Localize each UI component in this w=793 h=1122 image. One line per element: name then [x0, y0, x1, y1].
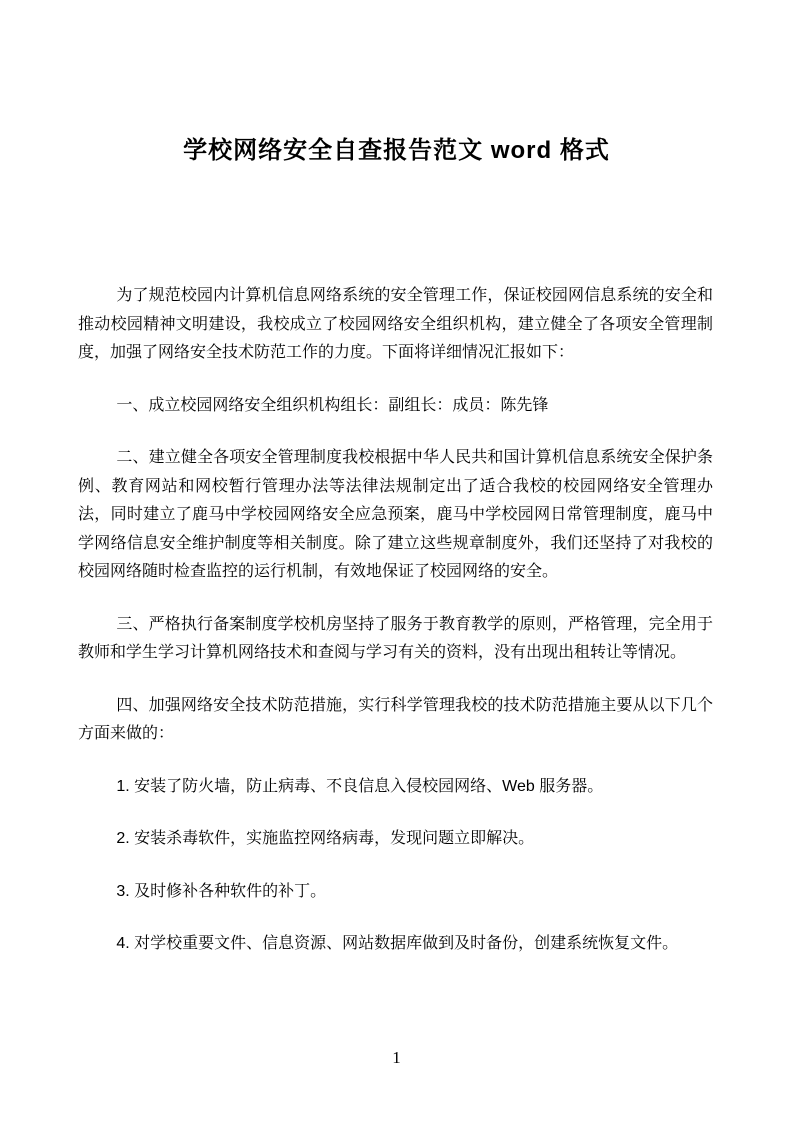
paragraph-section-4: 四、加强网络安全技术防范措施，实行科学管理我校的技术防范措施主要从以下几个方面来…	[78, 692, 713, 749]
paragraph-intro: 为了规范校园内计算机信息网络系统的安全管理工作，保证校园网信息系统的安全和推动校…	[78, 282, 713, 368]
paragraph-section-3: 三、严格执行备案制度学校机房坚持了服务于教育教学的原则，严格管理，完全用于教师和…	[78, 611, 713, 668]
paragraph-measure-1: 1. 安装了防火墙，防止病毒、不良信息入侵校园网络、Web 服务器。	[78, 773, 713, 802]
document-page: 学校网络安全自查报告范文 word 格式 为了规范校园内计算机信息网络系统的安全…	[0, 0, 793, 1122]
document-title: 学校网络安全自查报告范文 word 格式	[0, 0, 793, 168]
paragraph-section-1: 一、成立校园网络安全组织机构组长：副组长：成员：陈先锋	[78, 392, 713, 421]
paragraph-section-2: 二、建立健全各项安全管理制度我校根据中华人民共和国计算机信息系统安全保护条例、教…	[78, 444, 713, 587]
paragraph-measure-2: 2. 安装杀毒软件，实施监控网络病毒，发现问题立即解决。	[78, 825, 713, 854]
paragraph-measure-3: 3. 及时修补各种软件的补丁。	[78, 878, 713, 907]
document-body: 为了规范校园内计算机信息网络系统的安全管理工作，保证校园网信息系统的安全和推动校…	[78, 282, 713, 959]
paragraph-measure-4: 4. 对学校重要文件、信息资源、网站数据库做到及时备份，创建系统恢复文件。	[78, 930, 713, 959]
page-number: 1	[0, 1046, 793, 1070]
